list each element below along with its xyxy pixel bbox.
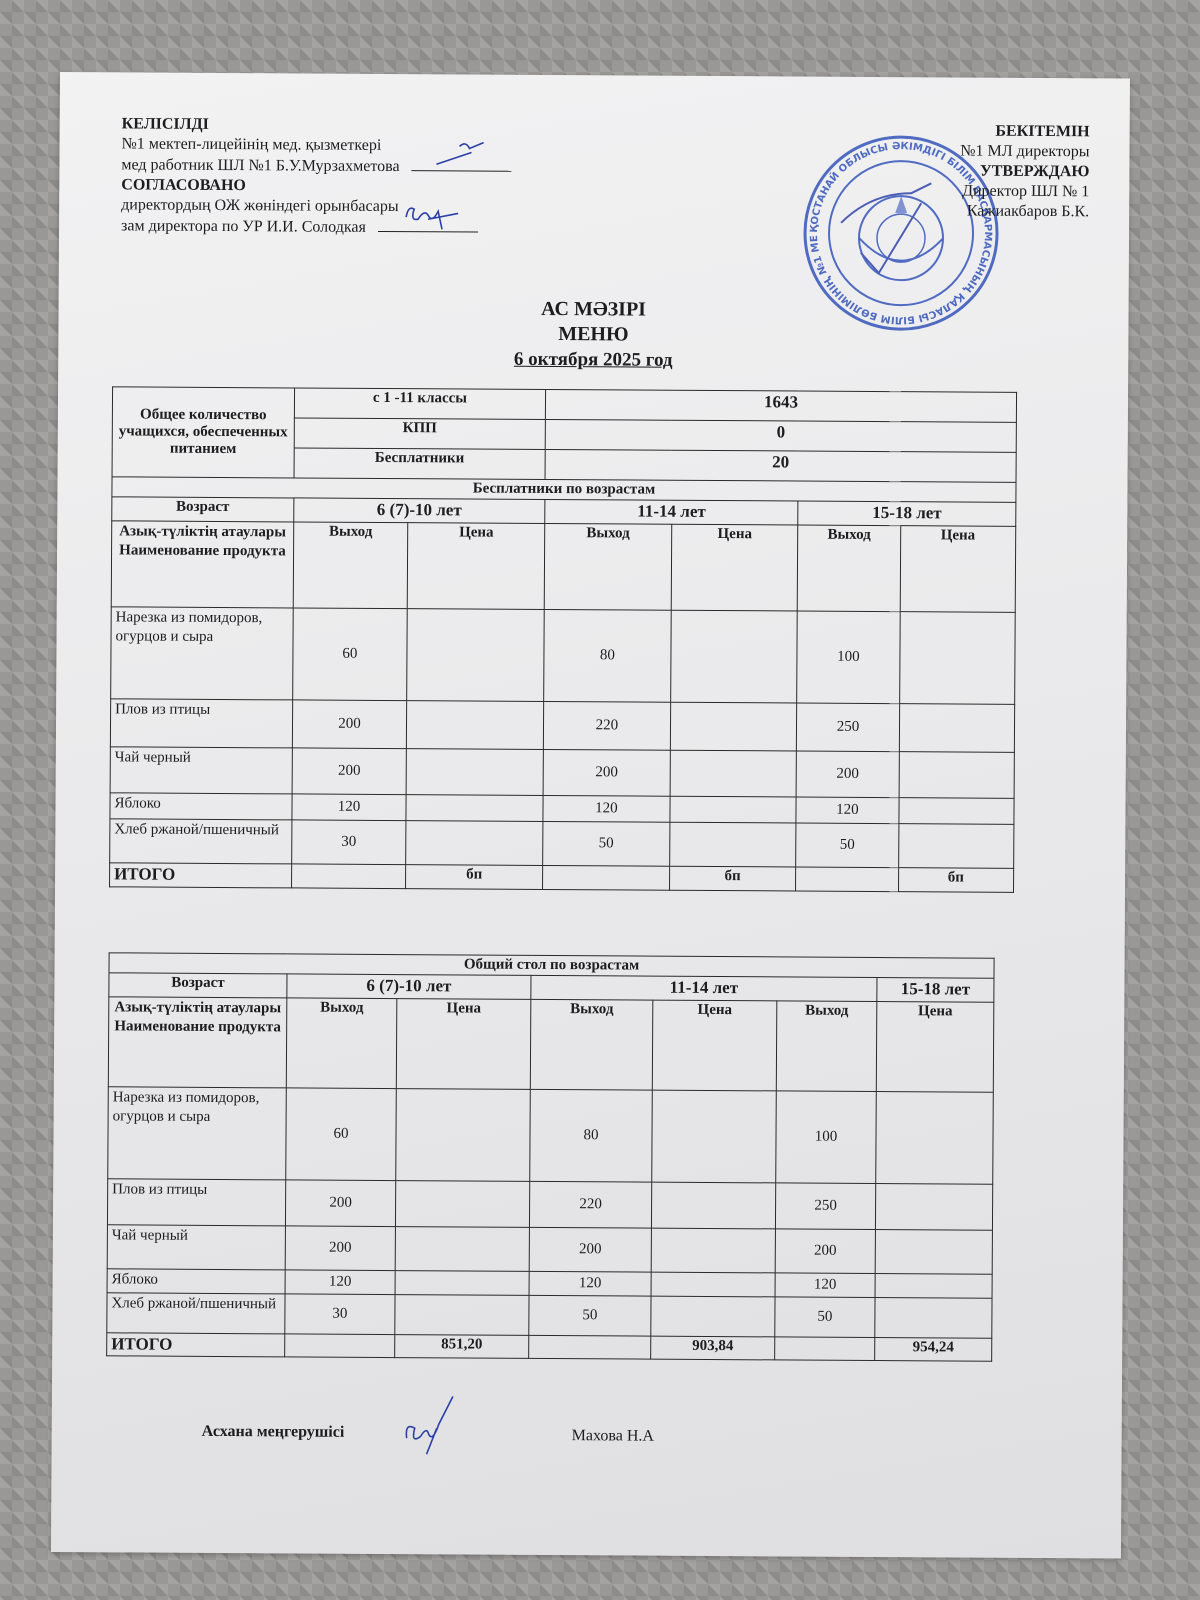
product-name: Нарезка из помидоров, огурцов и сыра <box>108 1087 287 1180</box>
approve-kz-heading: БЕКІТЕМІН <box>960 122 1089 143</box>
output-header: Выход <box>776 1001 877 1092</box>
summary-label: Общее количество учащихся, обеспеченных … <box>112 387 294 478</box>
total-value-2: бп <box>669 866 796 891</box>
price-header: Цена <box>652 1000 777 1091</box>
signature-icon <box>398 199 468 239</box>
output-value: 50 <box>543 821 670 866</box>
output-value: 30 <box>291 820 406 865</box>
price-value <box>899 704 1015 753</box>
product-header: Азық-түліктің атаулары Наименование прод… <box>111 521 293 608</box>
signature-icon <box>397 1388 467 1458</box>
output-value: 30 <box>285 1294 395 1335</box>
empty-cell <box>796 867 898 892</box>
output-value: 80 <box>544 609 671 702</box>
table-row: Хлеб ржаной/пшеничный305050 <box>107 1293 992 1338</box>
agreed-ru-heading: СОГЛАСОВАНО <box>121 175 511 197</box>
price-value <box>395 1181 529 1228</box>
table-row: Нарезка из помидоров, огурцов и сыра6080… <box>108 1087 994 1184</box>
age-group-1: 6 (7)-10 лет <box>294 498 545 524</box>
product-header: Азық-түліктің атаулары Наименование прод… <box>108 997 287 1088</box>
output-value: 50 <box>796 823 898 868</box>
summary-free-label: Бесплатники <box>294 448 545 480</box>
approval-block: БЕКІТЕМІН №1 МЛ директоры УТВЕРЖДАЮ Дире… <box>960 122 1090 223</box>
price-header: Цена <box>407 523 544 610</box>
menu-date: 6 октября 2025 год <box>58 344 1128 376</box>
agreement-block: КЕЛІСІЛДІ №1 мектеп-лицейінің мед. қызме… <box>121 114 512 238</box>
age-group-3: 15-18 лет <box>798 501 1016 526</box>
table-row: Плов из птицы200220250 <box>110 699 1014 753</box>
total-row: ИТОГО бп бп бп <box>110 863 1014 893</box>
output-value: 80 <box>530 1089 653 1182</box>
product-name: Чай черный <box>107 1225 285 1270</box>
price-header: Цена <box>396 999 531 1090</box>
price-value <box>670 702 797 751</box>
summary-row: Общее количество учащихся, обеспеченных … <box>112 387 1016 423</box>
deputy-line: зам директора по УР И.И. Солодкая <box>121 215 511 238</box>
output-value: 200 <box>796 751 898 798</box>
total-label: ИТОГО <box>110 863 292 888</box>
price-value <box>406 795 543 822</box>
general-table-body: Нарезка из помидоров, огурцов и сыра6080… <box>107 1087 994 1338</box>
price-value <box>407 701 544 750</box>
output-header: Выход <box>544 523 671 610</box>
free-table-body: Нарезка из помидоров, огурцов и сыра6080… <box>110 607 1016 869</box>
output-value: 50 <box>529 1295 651 1336</box>
menu-document: КЕЛІСІЛДІ №1 мектеп-лицейінің мед. қызме… <box>51 72 1130 1559</box>
output-header: Выход <box>293 522 408 609</box>
product-name: Яблоко <box>110 793 292 820</box>
output-value: 100 <box>776 1091 877 1184</box>
price-value <box>651 1272 775 1297</box>
price-value <box>651 1228 775 1273</box>
product-name: Чай черный <box>110 747 292 794</box>
general-meals-table: Общий стол по возрастам Возраст 6 (7)-10… <box>106 952 995 1361</box>
price-value <box>670 610 797 703</box>
total-value-1: бп <box>406 865 543 890</box>
total-value-1: 851,20 <box>395 1335 529 1359</box>
product-name: Плов из птицы <box>110 699 292 748</box>
output-value: 200 <box>775 1229 875 1274</box>
output-value: 200 <box>543 749 670 796</box>
director-title-ru: Директор ШЛ № 1 <box>960 182 1089 203</box>
output-value: 200 <box>529 1227 651 1272</box>
table-row: Нарезка из помидоров, огурцов и сыра6080… <box>111 607 1016 705</box>
total-value-3: 954,24 <box>875 1338 992 1362</box>
column-header-row: Азық-түліктің атаулары Наименование прод… <box>111 521 1016 613</box>
deputy-signature-line <box>378 217 478 233</box>
table-row: Чай черный200200200 <box>107 1225 992 1274</box>
product-name: Плов из птицы <box>107 1179 285 1226</box>
table-row: Чай черный200200200 <box>110 747 1014 799</box>
output-value: 200 <box>285 1226 395 1271</box>
price-value <box>652 1090 777 1183</box>
table-row: Плов из птицы200220250 <box>107 1179 992 1230</box>
price-header: Цена <box>876 1002 994 1093</box>
empty-cell <box>291 864 406 889</box>
output-value: 220 <box>529 1181 651 1228</box>
output-header: Выход <box>798 525 901 612</box>
summary-classes-value: 1643 <box>545 389 1016 422</box>
price-value <box>395 1227 529 1272</box>
price-header: Цена <box>671 524 798 611</box>
product-name: Хлеб ржаной/пшеничный <box>110 819 292 864</box>
approve-ru-heading: УТВЕРЖДАЮ <box>960 162 1089 183</box>
agreed-kz-heading: КЕЛІСІЛДІ <box>122 114 512 136</box>
price-value <box>875 1274 992 1299</box>
empty-cell <box>775 1337 875 1361</box>
medic-signature-line <box>412 156 512 172</box>
product-name: Нарезка из помидоров, огурцов и сыра <box>111 607 293 700</box>
price-value <box>396 1089 531 1182</box>
price-value <box>899 612 1015 705</box>
price-value <box>875 1298 992 1339</box>
output-value: 250 <box>797 703 899 752</box>
price-header: Цена <box>900 526 1016 613</box>
price-value <box>651 1182 775 1229</box>
output-value: 120 <box>796 797 898 824</box>
price-value <box>875 1184 992 1231</box>
output-value: 200 <box>292 700 407 749</box>
footer-signature: Асхана меңгерушісі Махова Н.А <box>202 1423 802 1445</box>
medic-name: мед работник ШЛ №1 Б.У.Мурзахметова <box>121 156 399 175</box>
director-name: Кажиакбаров Б.К. <box>960 202 1089 223</box>
empty-cell <box>543 865 670 890</box>
deputy-name: зам директора по УР И.И. Солодкая <box>121 217 366 235</box>
output-value: 120 <box>529 1271 651 1296</box>
price-value <box>406 749 543 796</box>
empty-cell <box>529 1335 651 1359</box>
product-name: Хлеб ржаной/пшеничный <box>107 1293 285 1334</box>
price-value <box>898 824 1014 869</box>
output-value: 100 <box>797 611 900 704</box>
total-value-3: бп <box>898 868 1014 893</box>
price-value <box>651 1296 775 1337</box>
free-meals-table: Общее количество учащихся, обеспеченных … <box>109 386 1017 893</box>
output-value: 120 <box>285 1270 395 1295</box>
price-value <box>395 1271 529 1296</box>
column-header-row: Азық-түліктің атаулары Наименование прод… <box>108 997 994 1092</box>
age-label: Возраст <box>109 973 287 998</box>
output-value: 220 <box>543 701 670 750</box>
output-value: 50 <box>775 1297 875 1338</box>
total-row: ИТОГО 851,20 903,84 954,24 <box>107 1333 992 1361</box>
price-value <box>395 1295 529 1336</box>
signature-icon <box>432 138 502 168</box>
canteen-head-name: Махова Н.А <box>572 1427 654 1446</box>
age-group-1: 6 (7)-10 лет <box>287 974 531 999</box>
price-value <box>898 798 1014 825</box>
price-value <box>407 609 544 702</box>
price-value <box>875 1230 992 1275</box>
summary-kpp-label: КПП <box>294 418 545 450</box>
output-value: 60 <box>286 1088 397 1181</box>
product-name: Яблоко <box>107 1269 285 1294</box>
age-group-2: 11-14 лет <box>531 975 877 1001</box>
table-row: Хлеб ржаной/пшеничный305050 <box>110 819 1014 869</box>
output-header: Выход <box>286 998 397 1089</box>
canteen-head-role: Асхана меңгерушісі <box>202 1423 345 1441</box>
summary-kpp-value: 0 <box>545 419 1016 452</box>
output-value: 120 <box>543 795 670 822</box>
director-title-kz: №1 МЛ директоры <box>960 142 1089 163</box>
age-label: Возраст <box>112 497 294 522</box>
empty-cell <box>285 1334 395 1358</box>
output-value: 120 <box>292 794 407 821</box>
price-value <box>670 796 797 823</box>
document-title: АС МӘЗІРІ МЕНЮ 6 октября 2025 год <box>58 294 1128 376</box>
output-header: Выход <box>530 999 653 1090</box>
age-group-3: 15-18 лет <box>877 978 994 1003</box>
output-value: 60 <box>292 608 407 701</box>
price-value <box>899 752 1015 799</box>
age-group-2: 11-14 лет <box>545 499 798 525</box>
output-value: 250 <box>775 1183 875 1230</box>
price-value <box>406 821 543 866</box>
total-label: ИТОГО <box>107 1333 285 1357</box>
total-value-2: 903,84 <box>651 1336 775 1360</box>
summary-free-value: 20 <box>545 449 1016 482</box>
price-value <box>876 1092 994 1185</box>
output-value: 200 <box>285 1180 395 1227</box>
price-value <box>670 750 797 797</box>
summary-classes-label: с 1 -11 классы <box>294 388 545 420</box>
price-value <box>669 822 796 867</box>
medic-line: мед работник ШЛ №1 Б.У.Мурзахметова <box>121 154 511 177</box>
output-value: 120 <box>775 1273 875 1298</box>
output-value: 200 <box>292 748 407 795</box>
